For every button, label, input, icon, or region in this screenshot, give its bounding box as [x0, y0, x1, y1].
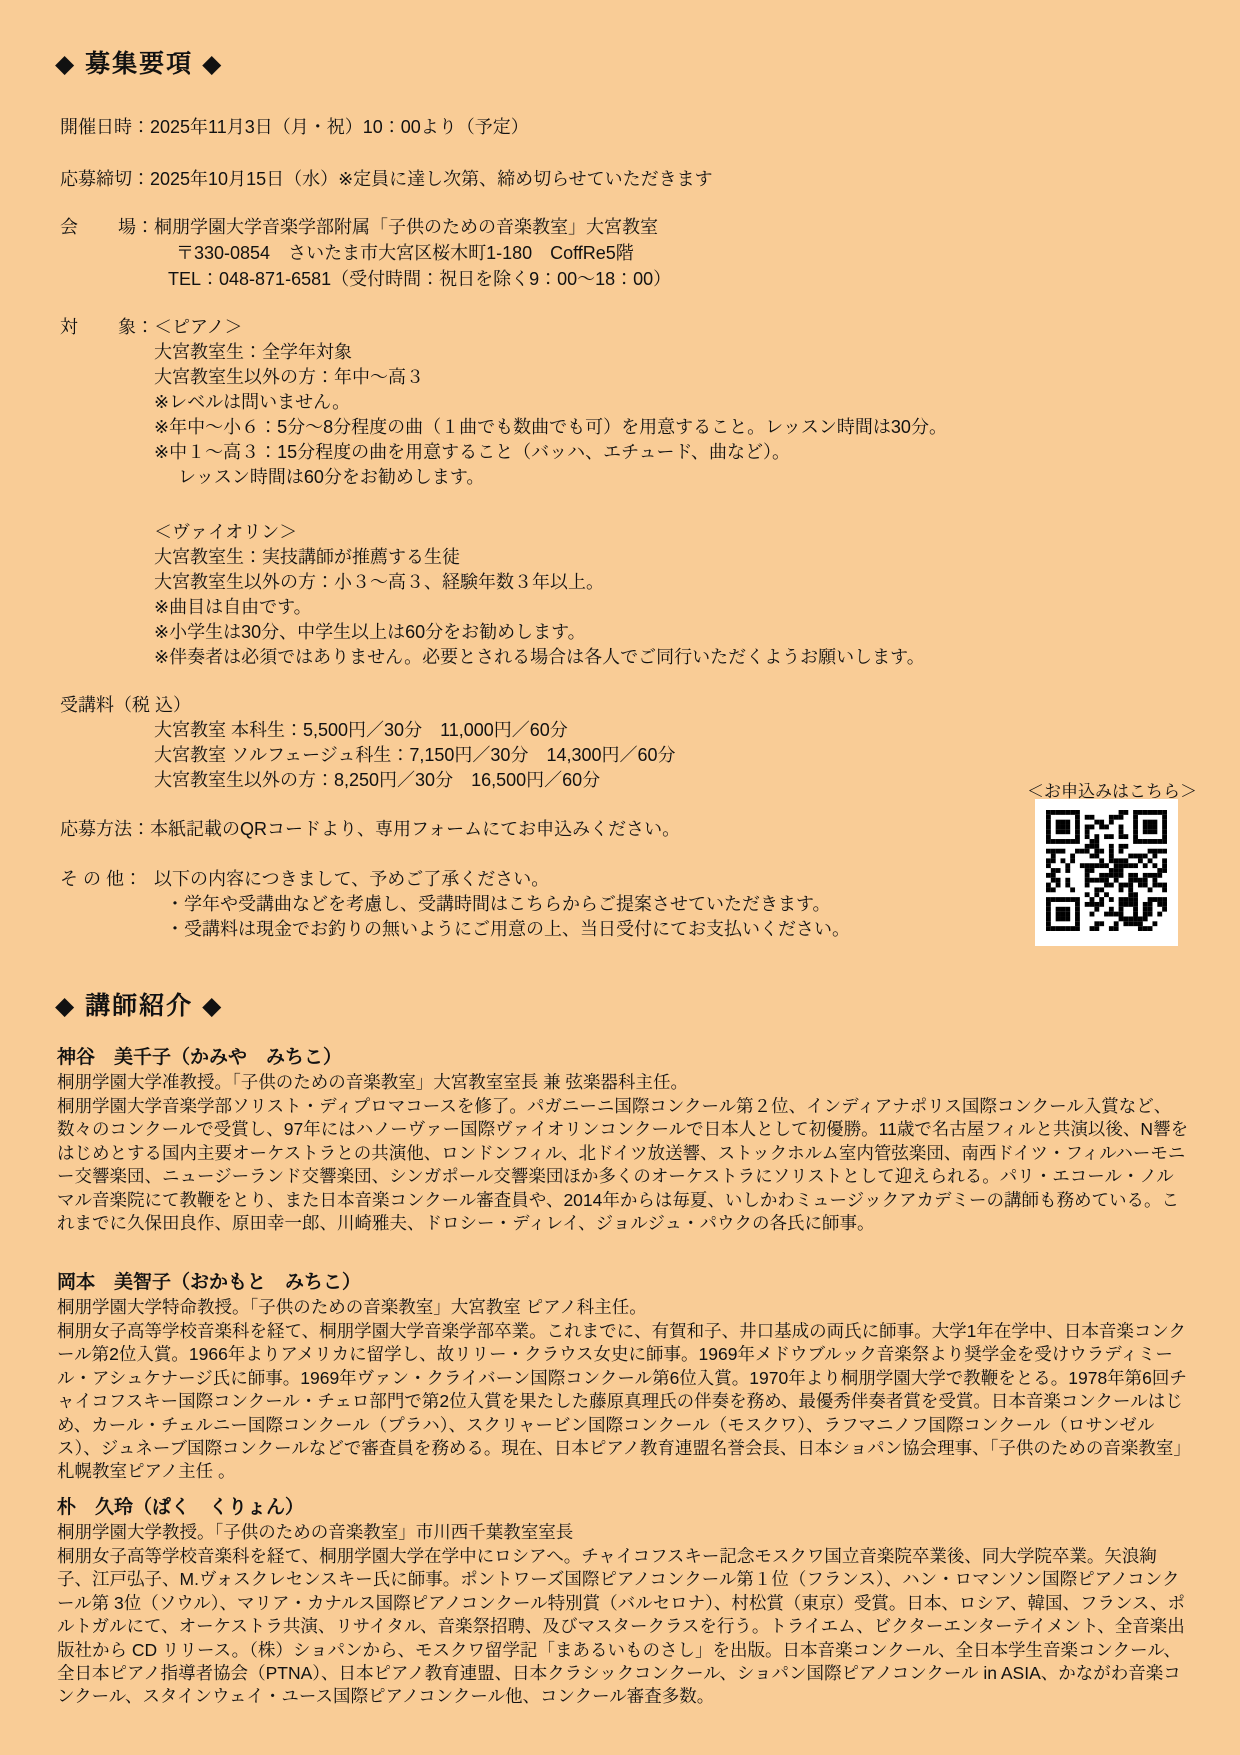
deadline-label: 応募締切： [60, 169, 150, 189]
fee-line: 大宮教室生以外の方：8,250円／30分 16,500円／60分 [60, 768, 676, 793]
schedule-label: 開催日時： [60, 117, 150, 137]
violin-line: 大宮教室生以外の方：小３～高３、経験年数３年以上。 [60, 570, 947, 595]
instructor-name: 岡本 美智子（おかもと みちこ） [57, 1271, 1189, 1295]
piano-line: ※レベルは問いません。 [60, 390, 947, 415]
instructor-bio: 桐朋学園大学音楽学部ソリスト・ディプロマコースを修了。パガニーニ国際コンクール第… [57, 1095, 1189, 1235]
violin-heading: ＜ヴァイオリン＞ [60, 520, 947, 545]
venue-label-a: 会 [60, 214, 78, 240]
target-label: 対象： [60, 315, 154, 340]
violin-line: ※曲目は自由です。 [60, 595, 947, 620]
instructor-profile: 神谷 美千子（かみや みちこ） 桐朋学園大学准教授。「子供のための音楽教室」大宮… [57, 1046, 1189, 1235]
deadline-row: 応募締切：2025年10月15日（水）※定員に達し次第、締め切らせていただきます [60, 168, 713, 191]
instructor-role: 桐朋学園大学教授。「子供のための音楽教室」市川西千葉教室室長 [57, 1520, 1189, 1545]
fee-block: 受講料（税 込） 大宮教室 本科生：5,500円／30分 11,000円／60分… [60, 693, 676, 793]
other-line-1: そ の 他：以下の内容につきまして、予めご了承ください。 [60, 867, 850, 892]
violin-line: ※伴奏者は必須ではありません。必要とされる場合は各人でご同行いただくようお願いし… [60, 645, 947, 670]
schedule-value: 2025年11月3日（月・祝）10：00より（予定） [150, 117, 529, 137]
venue-name: 桐朋学園大学音楽学部附属「子供のための音楽教室」大宮教室 [154, 217, 658, 237]
other-bullet: ・学年や受講曲などを考慮し、受講時間はこちらからご提案させていただきます。 [60, 892, 850, 917]
instructor-bio: 桐朋女子高等学校音楽科を経て、桐朋学園大学在学中にロシアへ。チャイコフスキー記念… [57, 1545, 1189, 1709]
deadline-value: 2025年10月15日（水）※定員に達し次第、締め切らせていただきます [150, 169, 713, 189]
venue-block: 会場：桐朋学園大学音楽学部附属「子供のための音楽教室」大宮教室 〒330-085… [60, 214, 671, 292]
flyer-page: ◆ 募集要項 ◆ 開催日時：2025年11月3日（月・祝）10：00より（予定）… [0, 0, 1240, 1755]
fee-line: 大宮教室 ソルフェージュ科生：7,150円／30分 14,300円／60分 [60, 743, 676, 768]
instructor-name: 朴 久玲（ぱく くりょん） [57, 1496, 1189, 1520]
other-label: そ の 他： [60, 867, 154, 892]
qr-code-svg [1046, 810, 1167, 936]
piano-heading: ＜ピアノ＞ [154, 317, 243, 337]
apply-label: 応募方法： [60, 819, 150, 839]
target-block: 対象：＜ピアノ＞ 大宮教室生：全学年対象 大宮教室生以外の方：年中～高３ ※レベ… [60, 315, 947, 670]
schedule-row: 開催日時：2025年11月3日（月・祝）10：00より（予定） [60, 116, 529, 139]
fee-heading: 受講料（税 込） [60, 693, 676, 718]
instructor-bio: 桐朋女子高等学校音楽科を経て、桐朋学園大学音楽学部卒業。これまでに、有賀和子、井… [57, 1320, 1189, 1484]
qr-code [1035, 799, 1178, 946]
apply-row: 応募方法：本紙記載のQRコードより、専用フォームにてお申込みください。 [60, 818, 680, 841]
venue-label: 会場： [60, 214, 154, 240]
apply-value: 本紙記載のQRコードより、専用フォームにてお申込みください。 [150, 819, 680, 839]
other-bullet: ・受講料は現金でお釣りの無いようにご用意の上、当日受付にてお支払いください。 [60, 917, 850, 942]
other-value: 以下の内容につきまして、予めご了承ください。 [154, 869, 549, 889]
venue-line-1: 会場：桐朋学園大学音楽学部附属「子供のための音楽教室」大宮教室 [60, 214, 671, 240]
piano-line: レッスン時間は60分をお勧めします。 [60, 465, 947, 490]
instructor-role: 桐朋学園大学准教授。「子供のための音楽教室」大宮教室室長 兼 弦楽器科主任。 [57, 1070, 1189, 1095]
instructor-profile: 岡本 美智子（おかもと みちこ） 桐朋学園大学特命教授。「子供のための音楽教室」… [57, 1271, 1189, 1484]
instructor-name: 神谷 美千子（かみや みちこ） [57, 1046, 1189, 1070]
fee-line: 大宮教室 本科生：5,500円／30分 11,000円／60分 [60, 718, 676, 743]
recruitment-section-title: ◆ 募集要項 ◆ [55, 44, 223, 80]
piano-line: 大宮教室生：全学年対象 [60, 340, 947, 365]
other-block: そ の 他：以下の内容につきまして、予めご了承ください。 ・学年や受講曲などを考… [60, 867, 850, 942]
instructors-section-title: ◆ 講師紹介 ◆ [55, 986, 223, 1022]
target-label-a: 対 [60, 315, 78, 340]
venue-address: 〒330-0854 さいたま市大宮区桜木町1-180 CoffRe5階 [60, 240, 671, 266]
violin-line: ※小学生は30分、中学生以上は60分をお勧めします。 [60, 620, 947, 645]
piano-line: 大宮教室生以外の方：年中～高３ [60, 365, 947, 390]
instructor-profile: 朴 久玲（ぱく くりょん） 桐朋学園大学教授。「子供のための音楽教室」市川西千葉… [57, 1496, 1189, 1709]
violin-line: 大宮教室生：実技講師が推薦する生徒 [60, 545, 947, 570]
venue-phone: TEL：048-871-6581（受付時間：祝日を除く9：00～18：00） [60, 266, 671, 292]
venue-label-b: 場： [118, 214, 154, 240]
instructor-role: 桐朋学園大学特命教授。「子供のための音楽教室」大宮教室 ピアノ科主任。 [57, 1295, 1189, 1320]
piano-line: ※年中～小６：5分～8分程度の曲（１曲でも数曲でも可）を用意すること。レッスン時… [60, 415, 947, 440]
piano-line: ※中１～高３：15分程度の曲を用意すること（バッハ、エチュード、曲など）。 [60, 440, 947, 465]
target-line-1: 対象：＜ピアノ＞ [60, 315, 947, 340]
target-label-b: 象： [118, 315, 154, 340]
